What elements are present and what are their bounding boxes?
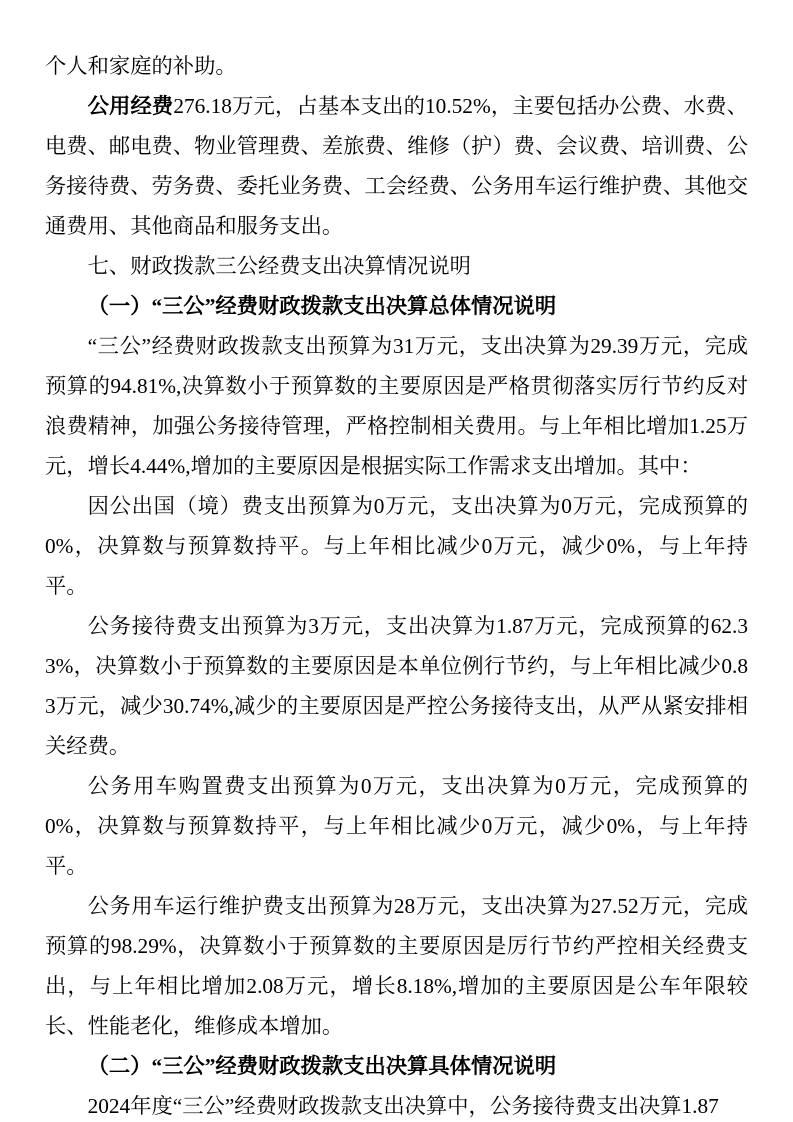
paragraph-vehicle-purchase-expense: 公务用车购置费支出预算为0万元，支出决算为0万元，完成预算的0%，决算数与预算数… xyxy=(45,766,748,886)
paragraph-public-expense: 公用经费276.18万元，占基本支出的10.52%，主要包括办公费、水费、电费、… xyxy=(45,86,748,246)
paragraph-2024-detail: 2024年度“三公”经费财政拨款支出决算中，公务接待费支出决算1.87 xyxy=(45,1086,748,1122)
paragraph-vehicle-maintenance-expense: 公务用车运行维护费支出预算为28万元，支出决算为27.52万元，完成预算的98.… xyxy=(45,886,748,1046)
document-page: 个人和家庭的补助。 公用经费276.18万元，占基本支出的10.52%，主要包括… xyxy=(0,0,793,1122)
heading-subsection-one: （一）“三公”经费财政拨款支出决算总体情况说明 xyxy=(45,286,748,326)
heading-subsection-two: （二）“三公”经费财政拨款支出决算具体情况说明 xyxy=(45,1046,748,1086)
paragraph-abroad-expense: 因公出国（境）费支出预算为0万元，支出决算为0万元，完成预算的0%，决算数与预算… xyxy=(45,486,748,606)
public-expense-bold-label: 公用经费 xyxy=(88,94,174,118)
paragraph-reception-expense: 公务接待费支出预算为3万元，支出决算为1.87万元，完成预算的62.33%，决算… xyxy=(45,606,748,766)
paragraph-three-public-overview: “三公”经费财政拨款支出预算为31万元，支出决算为29.39万元，完成预算的94… xyxy=(45,326,748,486)
paragraph-family-subsidy-continuation: 个人和家庭的补助。 xyxy=(45,46,748,86)
heading-section-seven: 七、财政拨款三公经费支出决算情况说明 xyxy=(45,246,748,286)
